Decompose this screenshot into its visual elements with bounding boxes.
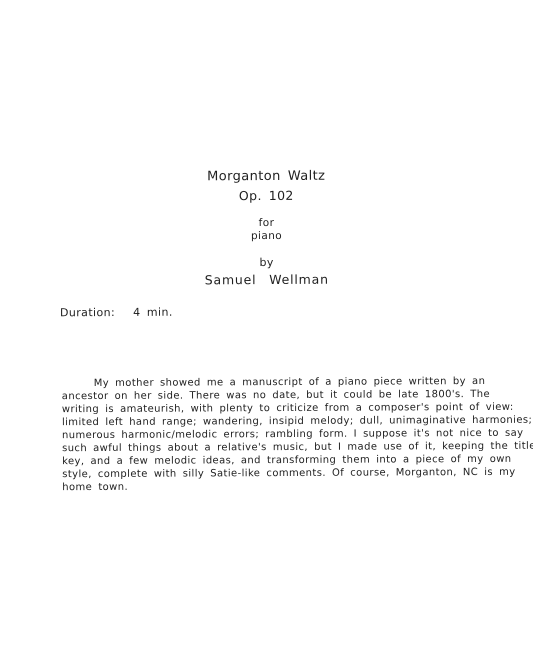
program-notes-line: style, complete with silly Satie-like co…	[62, 466, 514, 481]
piece-title: Morganton Waltz	[0, 169, 533, 187]
program-notes-line: home town.	[62, 479, 514, 494]
duration-line: Duration:4 min.	[60, 306, 173, 320]
composer-name: Samuel Wellman	[0, 272, 533, 289]
title-block: Morganton Waltz Op. 102 for piano by Sam…	[0, 169, 533, 289]
program-notes: My mother showed me a manuscript of a pi…	[62, 375, 515, 494]
instrument-label: piano	[0, 229, 533, 244]
scanned-score-title-page: Morganton Waltz Op. 102 for piano by Sam…	[0, 0, 533, 657]
by-label: by	[0, 256, 533, 271]
opus-number: Op. 102	[0, 188, 533, 205]
duration-label: Duration:	[60, 306, 115, 319]
duration-value: 4 min.	[133, 306, 173, 319]
